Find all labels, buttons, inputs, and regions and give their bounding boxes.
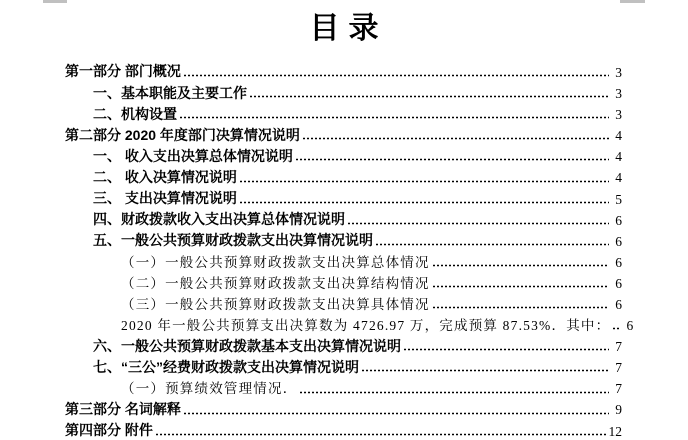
toc-entry-page: 3	[610, 107, 622, 122]
toc-entry[interactable]: 一、基本职能及主要工作 3	[65, 83, 622, 104]
toc-entry-page: 3	[610, 65, 622, 80]
toc-entry[interactable]: （一）一般公共预算财政拨款支出决算总体情况 6	[65, 252, 622, 273]
toc-entry-label: （一）一般公共预算财政拨款支出决算总体情况	[121, 255, 430, 270]
toc-entry-label: 二、机构设置	[93, 107, 177, 123]
leader-dots	[347, 221, 609, 226]
table-of-contents: 第一部分 部门概况 3 一、基本职能及主要工作 3 二、机构设置 3 第二部分 …	[65, 62, 622, 440]
leader-dots	[295, 157, 609, 162]
toc-entry[interactable]: 四、财政拨款收入支出决算总体情况说明 6	[65, 210, 622, 231]
leader-dots	[239, 179, 609, 184]
toc-entry-label: 2020 年一般公共预算支出决算数为 4726.97 万，完成预算 87.53%…	[121, 318, 610, 333]
page-title: 目录	[0, 3, 688, 47]
toc-entry[interactable]: 一、 收入支出决算总体情况说明 4	[65, 146, 622, 167]
leader-dots	[183, 411, 609, 416]
toc-entry-page: 6	[621, 318, 633, 333]
toc-entry-label: 七、“三公”经费财政拨款支出决算情况说明	[93, 360, 359, 376]
toc-entry[interactable]: 七、“三公”经费财政拨款支出决算情况说明 7	[65, 357, 622, 378]
leader-dots	[239, 200, 609, 205]
toc-entry[interactable]: 五、一般公共预算财政拨款支出决算情况说明 6	[65, 231, 622, 252]
toc-entry-label: 一、 收入支出决算总体情况说明	[93, 149, 293, 165]
leader-dots	[361, 368, 609, 373]
toc-entry-page: 4	[610, 128, 622, 143]
leader-dots	[179, 115, 609, 120]
toc-entry-page: 6	[610, 213, 622, 228]
leader-dots	[249, 94, 609, 99]
leader-dots	[432, 263, 609, 268]
toc-entry-label: 四、财政拨款收入支出决算总体情况说明	[93, 212, 345, 228]
leader-dots	[432, 305, 609, 310]
toc-entry-page: 9	[610, 402, 622, 417]
toc-entry-page: 12	[609, 424, 623, 439]
toc-entry-label: 第二部分 2020 年度部门决算情况说明	[65, 128, 300, 144]
toc-entry-label: 五、一般公共预算财政拨款支出决算情况说明	[93, 233, 373, 249]
toc-entry-label: （一）预算绩效管理情况．	[121, 381, 297, 396]
leader-dots	[155, 432, 608, 437]
toc-entry-page: 4	[610, 170, 622, 185]
leader-dots	[432, 284, 609, 289]
toc-entry-page: 7	[610, 360, 622, 375]
toc-entry[interactable]: 二、 收入决算情况说明 4	[65, 167, 622, 188]
toc-entry[interactable]: 第二部分 2020 年度部门决算情况说明 4	[65, 125, 622, 146]
toc-entry-page: 5	[610, 192, 622, 207]
toc-entry[interactable]: 第三部分 名词解释 9	[65, 400, 622, 421]
toc-entry[interactable]: （二）一般公共预算财政拨款支出决算结构情况 6	[65, 273, 622, 294]
toc-entry-label: 第一部分 部门概况	[65, 64, 181, 80]
toc-entry-page: 3	[610, 86, 622, 101]
leader-dots	[302, 136, 609, 141]
toc-entry-label: 第三部分 名词解释	[65, 402, 181, 418]
toc-entry-page: 6	[610, 255, 622, 270]
toc-entry-page: 7	[610, 339, 622, 354]
leader-dots	[612, 326, 620, 331]
toc-entry-page: 6	[610, 297, 622, 312]
toc-entry[interactable]: 六、一般公共预算财政拨款基本支出决算情况说明 7	[65, 336, 622, 357]
leader-dots	[403, 347, 609, 352]
toc-entry-label: （二）一般公共预算财政拨款支出决算结构情况	[121, 276, 430, 291]
toc-entry[interactable]: （三）一般公共预算财政拨款支出决算具体情况 6	[65, 294, 622, 315]
leader-dots	[375, 242, 609, 247]
toc-entry-page: 6	[610, 276, 622, 291]
toc-entry[interactable]: 第一部分 部门概况 3	[65, 62, 622, 83]
toc-entry[interactable]: 三、 支出决算情况说明 5	[65, 189, 622, 210]
leader-dots	[299, 390, 609, 395]
toc-entry-page: 7	[610, 381, 622, 396]
toc-entry-page: 6	[610, 234, 622, 249]
toc-entry-label: 二、 收入决算情况说明	[93, 170, 237, 186]
toc-entry[interactable]: 第四部分 附件 12	[65, 421, 622, 440]
toc-entry-label: （三）一般公共预算财政拨款支出决算具体情况	[121, 297, 430, 312]
toc-entry-label: 三、 支出决算情况说明	[93, 191, 237, 207]
toc-entry-page: 4	[610, 149, 622, 164]
toc-entry[interactable]: （一）预算绩效管理情况． 7	[65, 378, 622, 399]
toc-entry-label: 六、一般公共预算财政拨款基本支出决算情况说明	[93, 339, 401, 355]
toc-entry-label: 一、基本职能及主要工作	[93, 86, 247, 102]
toc-entry-label: 第四部分 附件	[65, 423, 153, 439]
leader-dots	[183, 73, 609, 78]
toc-entry[interactable]: 二、机构设置 3	[65, 104, 622, 125]
document-page: 目录 第一部分 部门概况 3 一、基本职能及主要工作 3 二、机构设置 3 第二…	[0, 0, 688, 440]
toc-entry[interactable]: 2020 年一般公共预算支出决算数为 4726.97 万，完成预算 87.53%…	[65, 315, 622, 336]
